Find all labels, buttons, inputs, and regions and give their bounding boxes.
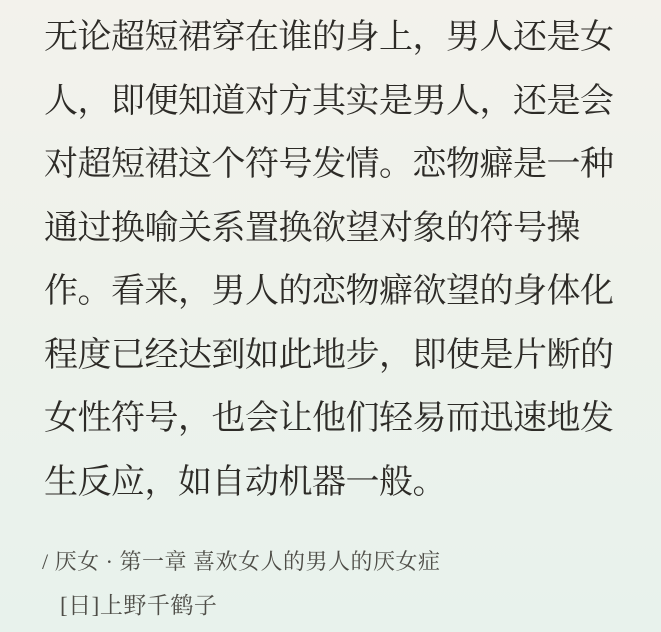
quote-line-7: 女性符号，也会让他们轻易而迅速地发 bbox=[44, 387, 631, 451]
citation: / 厌女 · 第一章 喜欢女人的男人的厌女症 [日]上野千鹤子 bbox=[42, 547, 440, 621]
quote-line-1: 无论超短裙穿在谁的身上，男人还是女 bbox=[44, 6, 631, 70]
book-quote-card: 无论超短裙穿在谁的身上，男人还是女 人，即便知道对方其实是男人，还是会 对超短裙… bbox=[0, 0, 661, 632]
quote-line-2: 人，即便知道对方其实是男人，还是会 bbox=[44, 70, 631, 134]
quote-line-5: 作。看来，男人的恋物癖欲望的身体化 bbox=[44, 260, 631, 324]
quote-line-4: 通过换喻关系置换欲望对象的符号操 bbox=[44, 197, 631, 261]
citation-source: / 厌女 · 第一章 喜欢女人的男人的厌女症 bbox=[42, 547, 440, 577]
citation-author: [日]上野千鹤子 bbox=[42, 591, 440, 621]
quote-line-6: 程度已经达到如此地步，即使是片断的 bbox=[44, 324, 631, 388]
quote-line-3: 对超短裙这个符号发情。恋物癖是一种 bbox=[44, 133, 631, 197]
quote-paragraph: 无论超短裙穿在谁的身上，男人还是女 人，即便知道对方其实是男人，还是会 对超短裙… bbox=[44, 6, 631, 514]
quote-line-8: 生反应，如自动机器一般。 bbox=[44, 451, 631, 515]
